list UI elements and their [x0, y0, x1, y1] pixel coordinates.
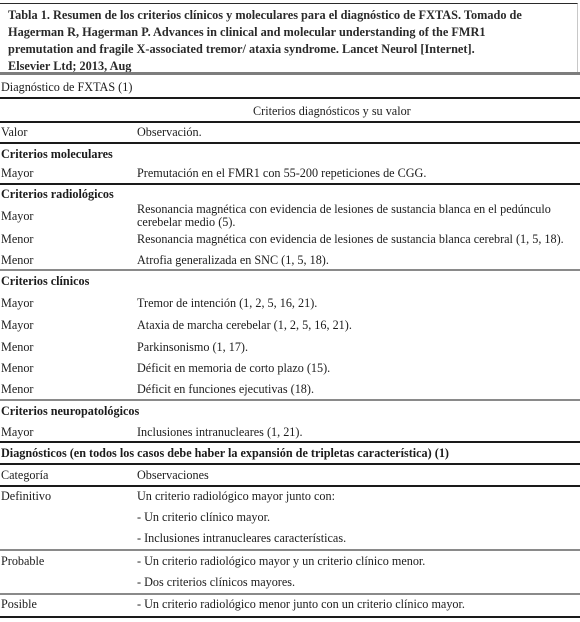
diagnostico-line: - Un criterio radiológico mayor y un cri… [137, 554, 425, 568]
divider [0, 593, 580, 595]
section-title-moleculares: Criterios moleculares [1, 147, 113, 161]
caption-line: premutation and fragile X-associated tre… [8, 41, 577, 58]
row-observacion: Parkinsonismo (1, 17). [137, 340, 248, 354]
diagnostico-line: - Un criterio radiológico menor junto co… [137, 597, 465, 611]
row-valor: Menor [1, 232, 34, 246]
row-valor: Menor [1, 382, 34, 396]
row-valor: Menor [1, 253, 34, 267]
divider [0, 183, 580, 185]
row-observacion: Resonancia magnética con evidencia de le… [137, 202, 551, 216]
column-header-valor: Valor [1, 125, 27, 139]
divider [0, 441, 580, 443]
diagnosticos-title: Diagnósticos (en todos los casos debe ha… [1, 446, 449, 460]
section-title-radiologicos: Criterios radiológicos [1, 187, 114, 201]
row-observacion: Resonancia magnética con evidencia de le… [137, 232, 564, 246]
column-header-observaciones: Observaciones [137, 468, 209, 482]
diagnostico-categoria: Probable [1, 554, 44, 568]
divider [0, 97, 580, 99]
divider [0, 269, 580, 271]
diagnostico-line: - Un criterio clínico mayor. [137, 510, 270, 524]
row-observacion: Premutación en el FMR1 con 55-200 repeti… [137, 166, 426, 180]
divider [0, 142, 580, 144]
row-valor: Menor [1, 361, 34, 375]
row-valor: Menor [1, 340, 34, 354]
divider [0, 549, 580, 551]
row-observacion: Tremor de intención (1, 2, 5, 16, 21). [137, 296, 317, 310]
row-valor: Mayor [1, 425, 34, 439]
divider [0, 72, 580, 75]
section-title-neuropatologicos: Criterios neuropatológicos [1, 404, 139, 418]
column-group-header: Criterios diagnósticos y su valor [253, 104, 411, 118]
row-observacion: Déficit en memoria de corto plazo (15). [137, 361, 330, 375]
diagnostico-categoria: Posible [1, 597, 37, 611]
row-observacion: Atrofia generalizada en SNC (1, 5, 18). [137, 253, 329, 267]
divider [0, 616, 580, 618]
row-observacion: Déficit en funciones ejecutivas (18). [137, 382, 314, 396]
column-header-observacion: Observación. [137, 125, 202, 139]
row-valor: Mayor [1, 296, 34, 310]
row-observacion: cerebelar medio (5). [137, 215, 235, 229]
divider [0, 463, 580, 465]
table-caption: Tabla 1. Resumen de los criterios clínic… [0, 3, 578, 72]
table-title: Diagnóstico de FXTAS (1) [1, 80, 132, 94]
caption-line: Tabla 1. Resumen de los criterios clínic… [8, 7, 577, 24]
row-valor: Mayor [1, 166, 34, 180]
divider [0, 399, 580, 401]
column-header-categoria: Categoría [1, 468, 48, 482]
row-valor: Mayor [1, 318, 34, 332]
section-title-clinicos: Criterios clínicos [1, 274, 89, 288]
diagnostico-line: - Inclusiones intranucleares característ… [137, 531, 346, 545]
diagnostico-categoria: Definitivo [1, 489, 51, 503]
row-observacion: Ataxia de marcha cerebelar (1, 2, 5, 16,… [137, 318, 352, 332]
divider [0, 121, 580, 123]
diagnostico-line: Un criterio radiológico mayor junto con: [137, 489, 335, 503]
divider [0, 485, 580, 487]
row-observacion: Inclusiones intranucleares (1, 21). [137, 425, 303, 439]
diagnostico-line: - Dos criterios clínicos mayores. [137, 575, 295, 589]
row-valor: Mayor [1, 209, 34, 223]
caption-line: Hagerman R, Hagerman P. Advances in clin… [8, 24, 577, 41]
